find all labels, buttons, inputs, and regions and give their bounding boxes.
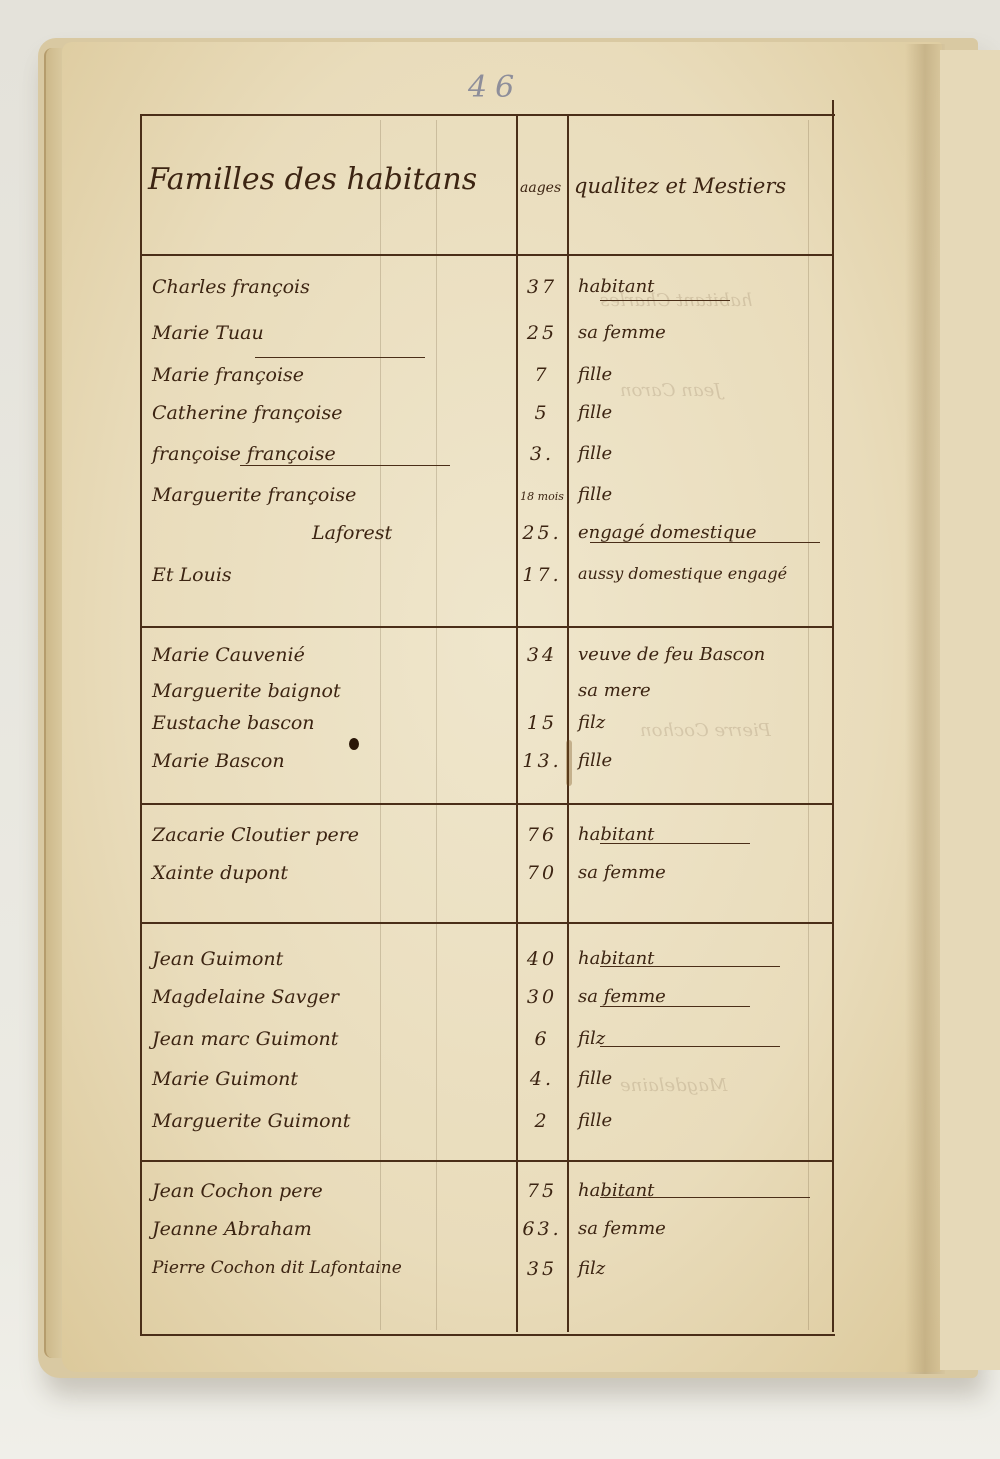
member-age: 76 xyxy=(518,824,566,846)
member-name: Marie Cauvenié xyxy=(152,644,305,666)
ink-stain xyxy=(566,740,572,786)
member-name: françoise françoise xyxy=(152,443,336,465)
member-quality: veuve de feu Bascon xyxy=(578,644,765,665)
table-row: Eustache bascon 15 filz xyxy=(0,712,1000,746)
member-age: 40 xyxy=(518,948,566,970)
member-quality: habitant xyxy=(578,824,654,845)
member-name: Jeanne Abraham xyxy=(152,1218,312,1240)
table-row: Jean marc Guimont 6 filz xyxy=(0,1028,1000,1062)
member-name: Eustache bascon xyxy=(152,712,315,734)
member-age: 25. xyxy=(518,522,566,544)
pen-stroke xyxy=(600,300,730,301)
table-row: Magdelaine Savger 30 sa femme xyxy=(0,986,1000,1020)
member-age: 13. xyxy=(518,750,566,772)
pen-stroke xyxy=(240,465,450,466)
member-quality: sa femme xyxy=(578,322,666,343)
member-age: 15 xyxy=(518,712,566,734)
table-row: Jean Cochon pere 75 habitant xyxy=(0,1180,1000,1214)
member-name: Marie Bascon xyxy=(152,750,285,772)
member-age: 5 xyxy=(518,402,566,424)
header-divider xyxy=(140,254,834,256)
member-name: Marie françoise xyxy=(152,364,304,386)
table-row: Marie Cauvenié 34 veuve de feu Bascon xyxy=(0,644,1000,678)
member-age: 4. xyxy=(518,1068,566,1090)
table-row: Et Louis 17. aussy domestique engagé xyxy=(0,564,1000,598)
pen-stroke xyxy=(590,542,820,543)
table-row: Marguerite Guimont 2 fille xyxy=(0,1110,1000,1144)
table-row: Jeanne Abraham 63. sa femme xyxy=(0,1218,1000,1252)
column-header-ages: aages xyxy=(520,180,561,196)
table-row: Marie Tuau 25 sa femme xyxy=(0,322,1000,356)
member-name: Marie Guimont xyxy=(152,1068,298,1090)
table-row: Marie Bascon 13. fille xyxy=(0,750,1000,784)
household-divider xyxy=(140,1160,834,1162)
table-row: Laforest 25. engagé domestique xyxy=(0,522,1000,556)
pen-stroke xyxy=(600,1046,780,1047)
pen-stroke xyxy=(255,357,425,358)
member-quality: fille xyxy=(578,1110,612,1131)
member-name: Charles françois xyxy=(152,276,310,298)
member-age: 35 xyxy=(518,1258,566,1280)
household-divider xyxy=(140,803,834,805)
household-divider xyxy=(140,626,834,628)
member-quality: fille xyxy=(578,402,612,423)
member-age: 34 xyxy=(518,644,566,666)
member-quality: sa femme xyxy=(578,862,666,883)
member-name: Laforest xyxy=(312,522,392,544)
table-row: Zacarie Cloutier pere 76 habitant xyxy=(0,824,1000,858)
member-quality: sa femme xyxy=(578,986,666,1007)
member-age: 3. xyxy=(518,443,566,465)
member-age: 6 xyxy=(518,1028,566,1050)
member-quality: fille xyxy=(578,443,612,464)
member-quality: habitant xyxy=(578,276,654,297)
table-row: Jean Guimont 40 habitant xyxy=(0,948,1000,982)
member-name: Pierre Cochon dit Lafontaine xyxy=(152,1258,402,1278)
member-name: Zacarie Cloutier pere xyxy=(152,824,359,846)
member-quality: engagé domestique xyxy=(578,522,756,543)
page-number: 46 xyxy=(468,70,522,105)
table-row: Charles françois 37 habitant xyxy=(0,276,1000,310)
table-row: Marguerite baignot sa mere xyxy=(0,680,1000,714)
member-quality: aussy domestique engagé xyxy=(578,564,787,583)
member-age: 7 xyxy=(518,364,566,386)
pen-stroke xyxy=(600,966,780,967)
member-age: 2 xyxy=(518,1110,566,1132)
pen-stroke xyxy=(600,1197,810,1198)
member-name: Marguerite baignot xyxy=(152,680,341,702)
table-row: Marie Guimont 4. fille xyxy=(0,1068,1000,1102)
member-name: Jean marc Guimont xyxy=(152,1028,338,1050)
member-name: Et Louis xyxy=(152,564,232,586)
pen-stroke xyxy=(600,843,750,844)
member-name: Jean Cochon pere xyxy=(152,1180,323,1202)
member-name: Marguerite françoise xyxy=(152,484,356,506)
table-row: Pierre Cochon dit Lafontaine 35 filz xyxy=(0,1258,1000,1292)
member-name: Jean Guimont xyxy=(152,948,283,970)
member-age: 17. xyxy=(518,564,566,586)
member-age: 37 xyxy=(518,276,566,298)
table-row: Catherine françoise 5 fille xyxy=(0,402,1000,436)
table-row: Xainte dupont 70 sa femme xyxy=(0,862,1000,896)
column-header-qualities: qualitez et Mestiers xyxy=(574,174,786,198)
member-age: 70 xyxy=(518,862,566,884)
member-quality: sa femme xyxy=(578,1218,666,1239)
ink-blot xyxy=(349,738,359,750)
member-quality: fille xyxy=(578,1068,612,1089)
member-name: Xainte dupont xyxy=(152,862,288,884)
member-age: 30 xyxy=(518,986,566,1008)
member-age: 63. xyxy=(518,1218,566,1240)
column-header-families: Familles des habitans xyxy=(148,162,477,197)
pen-stroke xyxy=(600,1006,750,1007)
table-row: Marie françoise 7 fille xyxy=(0,364,1000,398)
member-quality: sa mere xyxy=(578,680,651,701)
member-quality: fille xyxy=(578,364,612,385)
member-name: Catherine françoise xyxy=(152,402,343,424)
member-name: Marguerite Guimont xyxy=(152,1110,350,1132)
household-divider xyxy=(140,922,834,924)
member-quality: filz xyxy=(578,1258,605,1279)
member-quality: fille xyxy=(578,484,612,505)
member-age: 75 xyxy=(518,1180,566,1202)
member-quality: fille xyxy=(578,750,612,771)
member-quality: filz xyxy=(578,712,605,733)
member-name: Marie Tuau xyxy=(152,322,264,344)
member-age: 25 xyxy=(518,322,566,344)
member-age: 18 mois xyxy=(518,490,566,503)
table-row: françoise françoise 3. fille xyxy=(0,443,1000,477)
member-name: Magdelaine Savger xyxy=(152,986,339,1008)
table-row: Marguerite françoise 18 mois fille xyxy=(0,484,1000,518)
